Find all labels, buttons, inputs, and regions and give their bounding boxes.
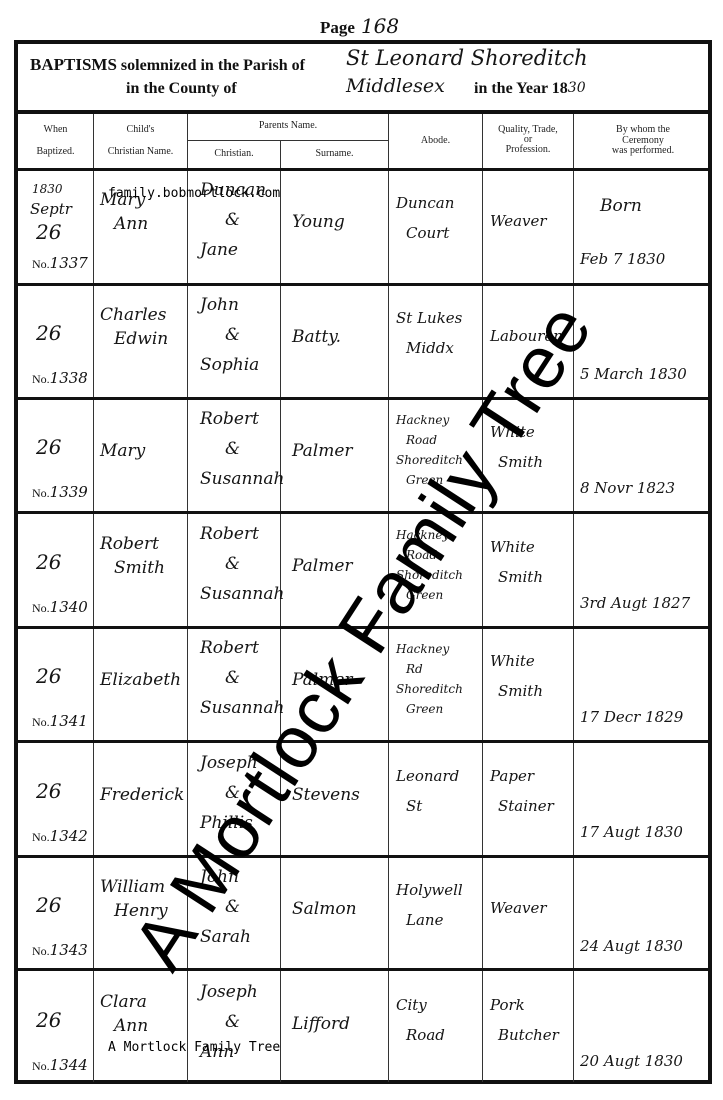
- row-rule: [18, 855, 708, 858]
- header-by-whom-line2: Ceremony: [574, 136, 712, 145]
- note-date: 24 Augt 1830: [580, 937, 683, 955]
- title-caps: BAPTISMS: [30, 55, 117, 74]
- entry-day: 26: [36, 893, 61, 917]
- note-date: 3rd Augt 1827: [580, 594, 690, 612]
- note-date: 20 Augt 1830: [580, 1052, 683, 1070]
- quality-line: Smith: [498, 682, 543, 700]
- entry-number: No.1342: [32, 827, 88, 845]
- county-label: in the County of: [126, 80, 237, 98]
- column-divider: [482, 114, 483, 1082]
- surname: Palmer: [292, 670, 353, 690]
- entry-number-label: No.: [32, 1059, 50, 1073]
- note-date: 17 Augt 1830: [580, 823, 683, 841]
- column-divider: [388, 114, 389, 1082]
- abode-line: Road: [406, 1026, 445, 1044]
- entry-number-label: No.: [32, 715, 50, 729]
- page-label: Page: [320, 18, 355, 37]
- mother-name: Susannah: [200, 584, 284, 604]
- entry-number-value: 1344: [50, 1056, 88, 1074]
- watermark-footer: A Mortlock Family Tree: [108, 1040, 280, 1055]
- county-name: Middlesex: [346, 75, 445, 97]
- quality-line: Smith: [498, 568, 543, 586]
- abode-line: Hackney: [396, 413, 449, 427]
- entry-number: No.1337: [32, 254, 88, 272]
- mother-name: Susannah: [200, 698, 284, 718]
- abode-line: Hackney: [396, 642, 449, 656]
- abode-line: Shoreditch: [396, 453, 463, 467]
- header-when: When Baptized.: [18, 124, 93, 158]
- header-child-line2: Christian Name.: [94, 146, 187, 158]
- abode-line: Leonard: [396, 767, 459, 785]
- entry-day: 26: [36, 1008, 61, 1032]
- entry-number-label: No.: [32, 944, 50, 958]
- and-sign: &: [225, 325, 240, 345]
- quality-line: Weaver: [490, 212, 547, 230]
- and-sign: &: [225, 439, 240, 459]
- note-date: 8 Novr 1823: [580, 479, 675, 497]
- abode-line: Middx: [406, 339, 454, 357]
- header-quality-line3: Profession.: [483, 144, 573, 156]
- header-when-line1: When: [18, 124, 93, 136]
- child-name: Ann: [114, 214, 148, 234]
- entry-number-value: 1340: [50, 598, 88, 616]
- header-parents: Parents Name.: [188, 120, 388, 132]
- father-name: Robert: [200, 638, 259, 658]
- father-name: Robert: [200, 524, 259, 544]
- entry-number: No.1343: [32, 941, 88, 959]
- surname: Batty.: [292, 327, 341, 347]
- quality-line: Stainer: [498, 797, 554, 815]
- and-sign: &: [225, 554, 240, 574]
- abode-line: Shoreditch: [396, 682, 463, 696]
- abode-line: Court: [406, 224, 449, 242]
- note-line: Born: [600, 196, 642, 216]
- quality-line: Pork: [490, 996, 525, 1014]
- entry-number: No.1338: [32, 369, 88, 387]
- mother-name: Jane: [200, 240, 238, 260]
- father-name: Joseph: [200, 753, 258, 773]
- entry-number-value: 1338: [50, 369, 88, 387]
- abode-line: Duncan: [396, 194, 454, 212]
- header-child: Child's Christian Name.: [94, 124, 187, 158]
- parents-subrule: [188, 140, 388, 141]
- note-date: 17 Decr 1829: [580, 708, 683, 726]
- surname: Stevens: [292, 785, 360, 805]
- year-label: in the Year 18: [474, 80, 568, 97]
- mother-name: Phillis: [200, 813, 253, 833]
- abode-line: Road: [406, 433, 437, 447]
- column-divider: [187, 114, 188, 1082]
- quality-line: White: [490, 652, 535, 670]
- header-when-line2: Baptized.: [18, 146, 93, 158]
- note-date: Feb 7 1830: [580, 250, 665, 268]
- abode-line: Lane: [406, 911, 443, 929]
- column-divider: [93, 114, 94, 1082]
- row-rule: [18, 626, 708, 629]
- surname: Young: [292, 212, 345, 232]
- surname: Palmer: [292, 556, 353, 576]
- abode-line: City: [396, 996, 427, 1014]
- entry-day: 26: [36, 321, 61, 345]
- child-name: Frederick: [100, 785, 184, 805]
- abode-line: Green: [406, 702, 443, 716]
- entry-number: No.1340: [32, 598, 88, 616]
- entry-year: 1830: [32, 182, 63, 196]
- child-name: Ann: [114, 1016, 148, 1036]
- year-suffix: 30: [568, 80, 586, 96]
- surname: Salmon: [292, 899, 357, 919]
- entry-number: No.1341: [32, 712, 88, 730]
- entry-number-label: No.: [32, 830, 50, 844]
- entry-number-label: No.: [32, 257, 50, 271]
- entry-number-value: 1339: [50, 483, 88, 501]
- child-name: Edwin: [114, 329, 168, 349]
- header-quality: Quality, Trade, or Profession.: [483, 124, 573, 156]
- column-divider: [573, 114, 574, 1082]
- header-abode: Abode.: [389, 135, 482, 147]
- and-sign: &: [225, 783, 240, 803]
- child-name: William: [100, 877, 165, 897]
- child-name: Elizabeth: [100, 670, 181, 690]
- quality-line: White: [490, 538, 535, 556]
- surname: Palmer: [292, 441, 353, 461]
- header-by-whom-line3: was performed.: [574, 145, 712, 157]
- page-number-value: 168: [361, 14, 399, 38]
- header-parents-christian: Christian.: [188, 148, 280, 160]
- child-name: Smith: [114, 558, 165, 578]
- entry-number-label: No.: [32, 372, 50, 386]
- header-by-whom: By whom the Ceremony was performed.: [574, 124, 712, 157]
- header-quality-line2: or: [483, 136, 573, 144]
- entry-number: No.1344: [32, 1056, 88, 1074]
- row-rule: [18, 168, 708, 171]
- page-number: Page168: [320, 14, 399, 38]
- entry-day: 26: [36, 435, 61, 459]
- register-title: BAPTISMS solemnized in the Parish of: [30, 55, 305, 75]
- abode-line: Shoreditch: [396, 568, 463, 582]
- abode-line: St Lukes: [396, 309, 462, 327]
- and-sign: &: [225, 897, 240, 917]
- father-name: John: [200, 867, 239, 887]
- entry-day: 26: [36, 550, 61, 574]
- abode-line: St: [406, 797, 422, 815]
- quality-line: White: [490, 423, 535, 441]
- mother-name: Sophia: [200, 355, 259, 375]
- entry-day: 26: [36, 220, 61, 244]
- father-name: Robert: [200, 409, 259, 429]
- entry-day: 26: [36, 664, 61, 688]
- child-name: Robert: [100, 534, 159, 554]
- row-rule: [18, 283, 708, 286]
- entry-month: Septr: [30, 200, 72, 218]
- watermark-url: family.bobmortlock.com: [108, 186, 280, 201]
- year-line: in the Year 1830: [474, 80, 586, 98]
- title-rest: solemnized in the Parish of: [121, 57, 305, 74]
- abode-line: Rd: [406, 662, 423, 676]
- child-name: Mary: [100, 441, 145, 461]
- row-rule: [18, 397, 708, 400]
- abode-line: Green: [406, 588, 443, 602]
- and-sign: &: [225, 668, 240, 688]
- entry-number-label: No.: [32, 601, 50, 615]
- quality-line: Labourer: [490, 327, 560, 345]
- child-name: Henry: [114, 901, 168, 921]
- row-rule: [18, 740, 708, 743]
- abode-line: Road: [406, 548, 437, 562]
- quality-line: Weaver: [490, 899, 547, 917]
- surname: Lifford: [292, 1014, 350, 1034]
- row-rule: [18, 968, 708, 971]
- quality-line: Paper: [490, 767, 534, 785]
- title-rule: [18, 110, 708, 114]
- note-date: 5 March 1830: [580, 365, 687, 383]
- abode-line: Hackney: [396, 528, 449, 542]
- mother-name: Susannah: [200, 469, 284, 489]
- header-parents-surname: Surname.: [281, 148, 388, 160]
- entry-day: 26: [36, 779, 61, 803]
- entry-number-value: 1337: [50, 254, 88, 272]
- father-name: John: [200, 295, 239, 315]
- quality-line: Smith: [498, 453, 543, 471]
- child-name: Charles: [100, 305, 166, 325]
- abode-line: Green: [406, 473, 443, 487]
- entry-number-label: No.: [32, 486, 50, 500]
- father-name: Joseph: [200, 982, 258, 1002]
- header-child-line1: Child's: [94, 124, 187, 136]
- row-rule: [18, 511, 708, 514]
- child-name: Clara: [100, 992, 147, 1012]
- entry-number-value: 1342: [50, 827, 88, 845]
- mother-name: Sarah: [200, 927, 251, 947]
- abode-line: Holywell: [396, 881, 463, 899]
- parish-name: St Leonard Shoreditch: [346, 46, 588, 70]
- entry-number-value: 1341: [50, 712, 88, 730]
- entry-number-value: 1343: [50, 941, 88, 959]
- entry-number: No.1339: [32, 483, 88, 501]
- and-sign: &: [225, 1012, 240, 1032]
- and-sign: &: [225, 210, 240, 230]
- quality-line: Butcher: [498, 1026, 559, 1044]
